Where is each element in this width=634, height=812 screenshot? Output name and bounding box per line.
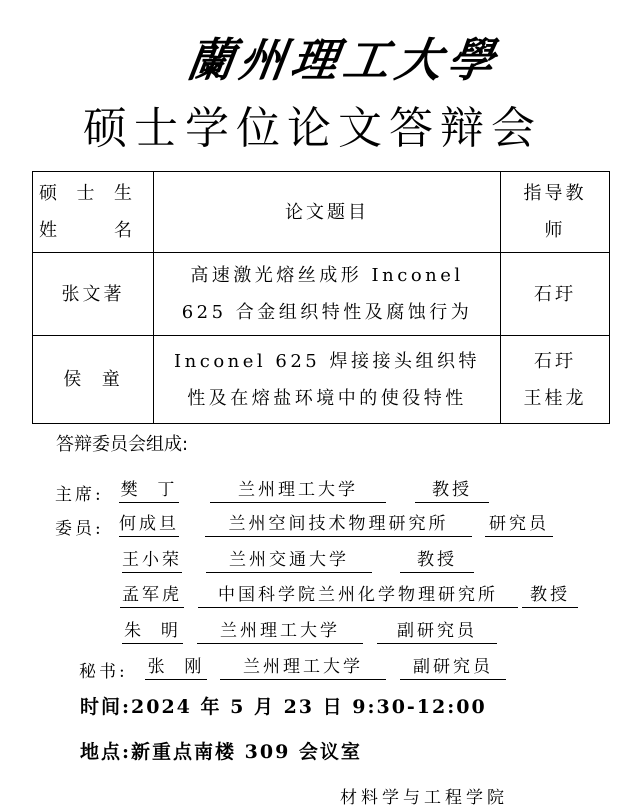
advisor: 石玗 王桂龙 <box>501 336 610 424</box>
header-text: 士 <box>77 175 98 212</box>
thesis-table: 硕 士 生 姓 名 论文题目 指导教 师 张文著 高速激光熔丝成形 Incone… <box>32 171 610 424</box>
member-rank: 研究员 <box>485 514 553 537</box>
organizer: 材料学与工程学院 <box>340 783 508 808</box>
table-row: 张文著 高速激光熔丝成形 Inconel 625 合金组织特性及腐蚀行为 石玗 <box>33 253 610 336</box>
member-row: 孟军虎 中国科学院兰州化学物理研究所 教授 <box>0 585 634 611</box>
member-name: 朱 明 <box>122 621 183 644</box>
committee-section-title: 答辩委员会组成: <box>56 430 188 456</box>
table-row: 侯 童 Inconel 625 焊接接头组织特 性及在熔盐环境中的使役特性 石玗… <box>33 336 610 424</box>
member-rank: 教授 <box>400 550 474 573</box>
header-student-name: 硕 士 生 姓 名 <box>33 172 154 253</box>
thesis-title: Inconel 625 焊接接头组织特 性及在熔盐环境中的使役特性 <box>154 336 501 424</box>
header-text: 姓 <box>39 212 60 249</box>
secretary-row: 秘书: 张 刚 兰州理工大学 副研究员 <box>0 657 634 683</box>
advisor: 石玗 <box>501 253 610 336</box>
header-advisor: 指导教 师 <box>501 172 610 253</box>
secretary-label: 秘书: <box>79 657 128 682</box>
thesis-title-line: 625 合金组织特性及腐蚀行为 <box>154 294 500 331</box>
member-name: 孟军虎 <box>120 585 184 608</box>
member-rank: 副研究员 <box>377 621 497 644</box>
chair-rank: 教授 <box>415 480 489 503</box>
thesis-title: 高速激光熔丝成形 Inconel 625 合金组织特性及腐蚀行为 <box>154 253 501 336</box>
page-title: 硕士学位论文答辩会 <box>83 102 542 156</box>
chair-name: 樊 丁 <box>119 480 179 503</box>
university-logo: 蘭州理工大學 <box>183 24 504 90</box>
event-time: 时间:2024 年 5 月 23 日 9:30-12:00 <box>80 692 487 719</box>
student-name: 侯 童 <box>33 336 154 424</box>
thesis-title-line: 高速激光熔丝成形 Inconel <box>154 257 500 294</box>
header-text: 硕 <box>39 175 60 212</box>
member-name: 何成旦 <box>119 514 179 537</box>
member-name: 王小荣 <box>122 550 182 573</box>
secretary-rank: 副研究员 <box>400 657 506 680</box>
chair-label: 主席: <box>55 480 104 505</box>
event-location: 地点:新重点南楼 309 会议室 <box>80 737 362 764</box>
advisor-line: 王桂龙 <box>501 380 609 417</box>
member-org: 兰州交通大学 <box>206 550 372 573</box>
member-row: 王小荣 兰州交通大学 教授 <box>0 550 634 576</box>
secretary-org: 兰州理工大学 <box>220 657 386 680</box>
chair-org: 兰州理工大学 <box>210 480 386 503</box>
member-org: 兰州理工大学 <box>197 621 363 644</box>
advisor-line: 石玗 <box>501 343 609 380</box>
secretary-name: 张 刚 <box>145 657 207 680</box>
thesis-title-line: Inconel 625 焊接接头组织特 <box>154 343 500 380</box>
thesis-title-line: 性及在熔盐环境中的使役特性 <box>154 380 500 417</box>
table-header-row: 硕 士 生 姓 名 论文题目 指导教 师 <box>33 172 610 253</box>
header-text: 指导教 <box>501 175 609 212</box>
member-rank: 教授 <box>522 585 578 608</box>
chair-row: 主席: 樊 丁 兰州理工大学 教授 <box>0 480 634 506</box>
member-org: 中国科学院兰州化学物理研究所 <box>198 585 518 608</box>
header-text: 名 <box>114 212 135 249</box>
header-thesis-title: 论文题目 <box>154 172 501 253</box>
member-row: 朱 明 兰州理工大学 副研究员 <box>0 621 634 647</box>
member-row: 委员: 何成旦 兰州空间技术物理研究所 研究员 <box>0 514 634 540</box>
members-label: 委员: <box>55 514 104 539</box>
header-text: 生 <box>114 175 135 212</box>
header-text: 师 <box>501 212 609 249</box>
student-name: 张文著 <box>33 253 154 336</box>
member-org: 兰州空间技术物理研究所 <box>205 514 472 537</box>
